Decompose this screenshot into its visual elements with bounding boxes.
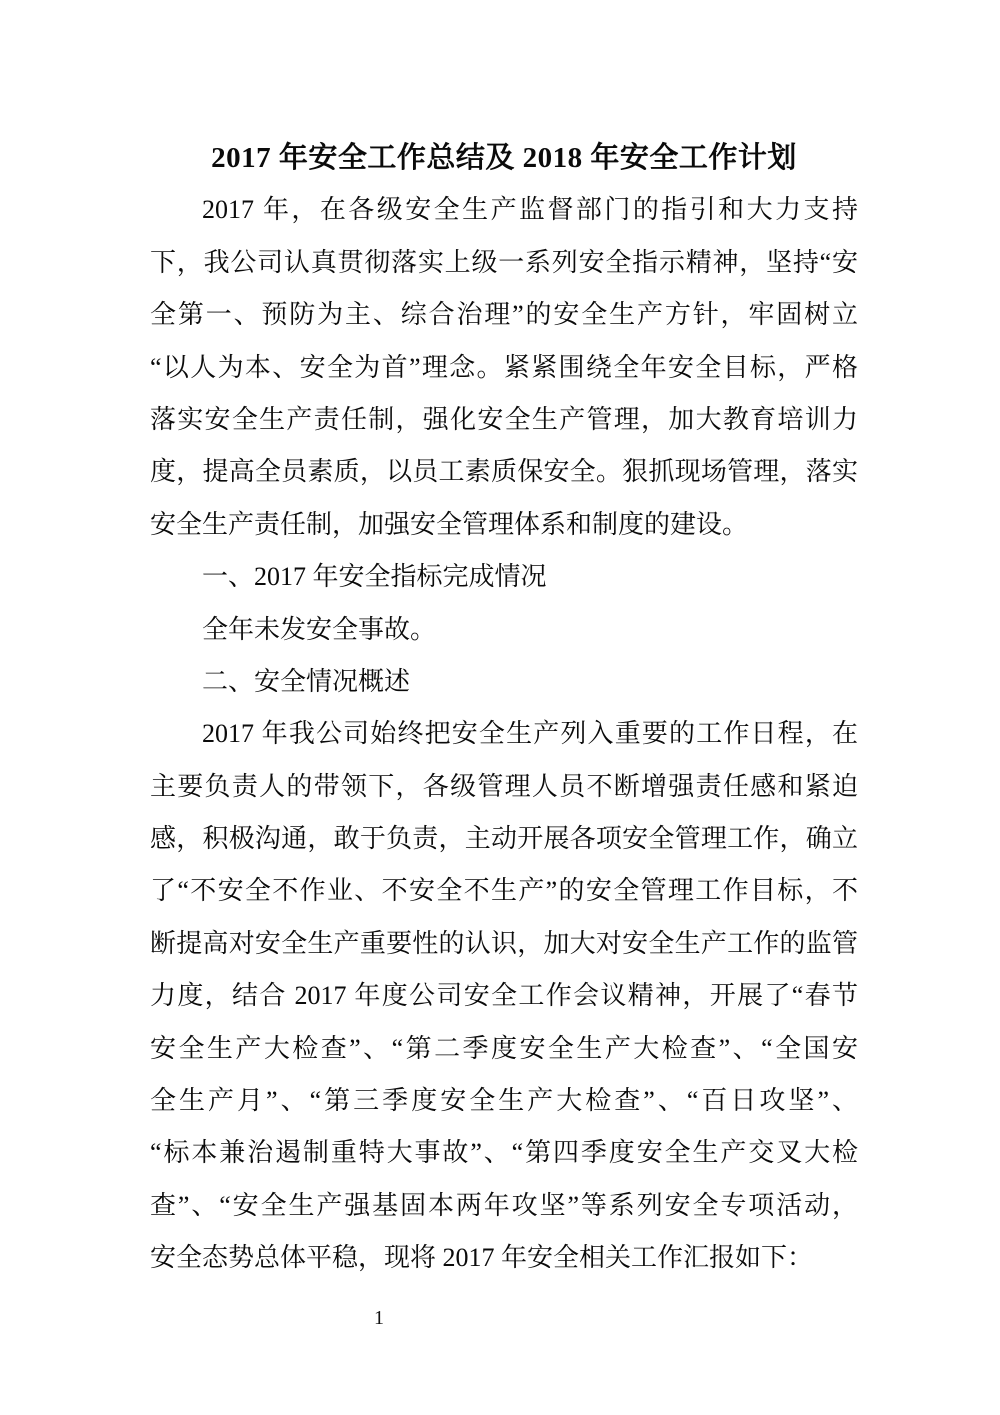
text-line: 一、2017 年安全指标完成情况: [150, 551, 858, 603]
text-line: 下，我公司认真贯彻落实上级一系列安全指示精神，坚持“安: [150, 237, 858, 289]
text-line: 了“不安全不作业、不安全不生产”的安全管理工作目标，不: [150, 865, 858, 917]
text-line: 安全态势总体平稳，现将 2017 年安全相关工作汇报如下：: [150, 1232, 858, 1284]
text-line: “以人为本、安全为首”理念。紧紧围绕全年安全目标，严格: [150, 342, 858, 394]
heading-section-1: 一、2017 年安全指标完成情况: [150, 551, 858, 603]
text-line: 2017 年，在各级安全生产监督部门的指引和大力支持: [150, 184, 858, 236]
text-line: 二、安全情况概述: [150, 656, 858, 708]
text-line: 安全生产责任制，加强安全管理体系和制度的建设。: [150, 499, 858, 551]
paragraph-intro: 2017 年，在各级安全生产监督部门的指引和大力支持下，我公司认真贯彻落实上级一…: [150, 184, 858, 551]
text-line: 断提高对安全生产重要性的认识，加大对安全生产工作的监管: [150, 918, 858, 970]
page-number: 1: [374, 1303, 384, 1333]
paragraph-section-2: 2017 年我公司始终把安全生产列入重要的工作日程，在主要负责人的带领下，各级管…: [150, 708, 858, 1284]
text-line: 落实安全生产责任制，强化安全生产管理，加大教育培训力: [150, 394, 858, 446]
text-line: 力度，结合 2017 年度公司安全工作会议精神，开展了“春节: [150, 970, 858, 1022]
text-line: 安全生产大检查”、“第二季度安全生产大检查”、“全国安: [150, 1023, 858, 1075]
text-line: 全第一、预防为主、综合治理”的安全生产方针，牢固树立: [150, 289, 858, 341]
text-line: 主要负责人的带领下，各级管理人员不断增强责任感和紧迫: [150, 761, 858, 813]
text-line: 全生产月”、“第三季度安全生产大检查”、“百日攻坚”、: [150, 1075, 858, 1127]
text-line: 查”、“安全生产强基固本两年攻坚”等系列安全专项活动，: [150, 1180, 858, 1232]
heading-section-2: 二、安全情况概述: [150, 656, 858, 708]
document-content: 2017 年安全工作总结及 2018 年安全工作计划 2017 年，在各级安全生…: [150, 132, 858, 1285]
document-title: 2017 年安全工作总结及 2018 年安全工作计划: [150, 132, 858, 184]
text-line: “标本兼治遏制重特大事故”、“第四季度安全生产交叉大检: [150, 1127, 858, 1179]
text-line: 全年未发安全事故。: [150, 604, 858, 656]
text-line: 度，提高全员素质，以员工素质保安全。狠抓现场管理，落实: [150, 446, 858, 498]
text-line: 2017 年我公司始终把安全生产列入重要的工作日程，在: [150, 708, 858, 760]
paragraph-section-1: 全年未发安全事故。: [150, 604, 858, 656]
document-page: 2017 年安全工作总结及 2018 年安全工作计划 2017 年，在各级安全生…: [0, 0, 1000, 1415]
document-paragraphs: 2017 年，在各级安全生产监督部门的指引和大力支持下，我公司认真贯彻落实上级一…: [150, 184, 858, 1284]
text-line: 感，积极沟通，敢于负责，主动开展各项安全管理工作，确立: [150, 813, 858, 865]
